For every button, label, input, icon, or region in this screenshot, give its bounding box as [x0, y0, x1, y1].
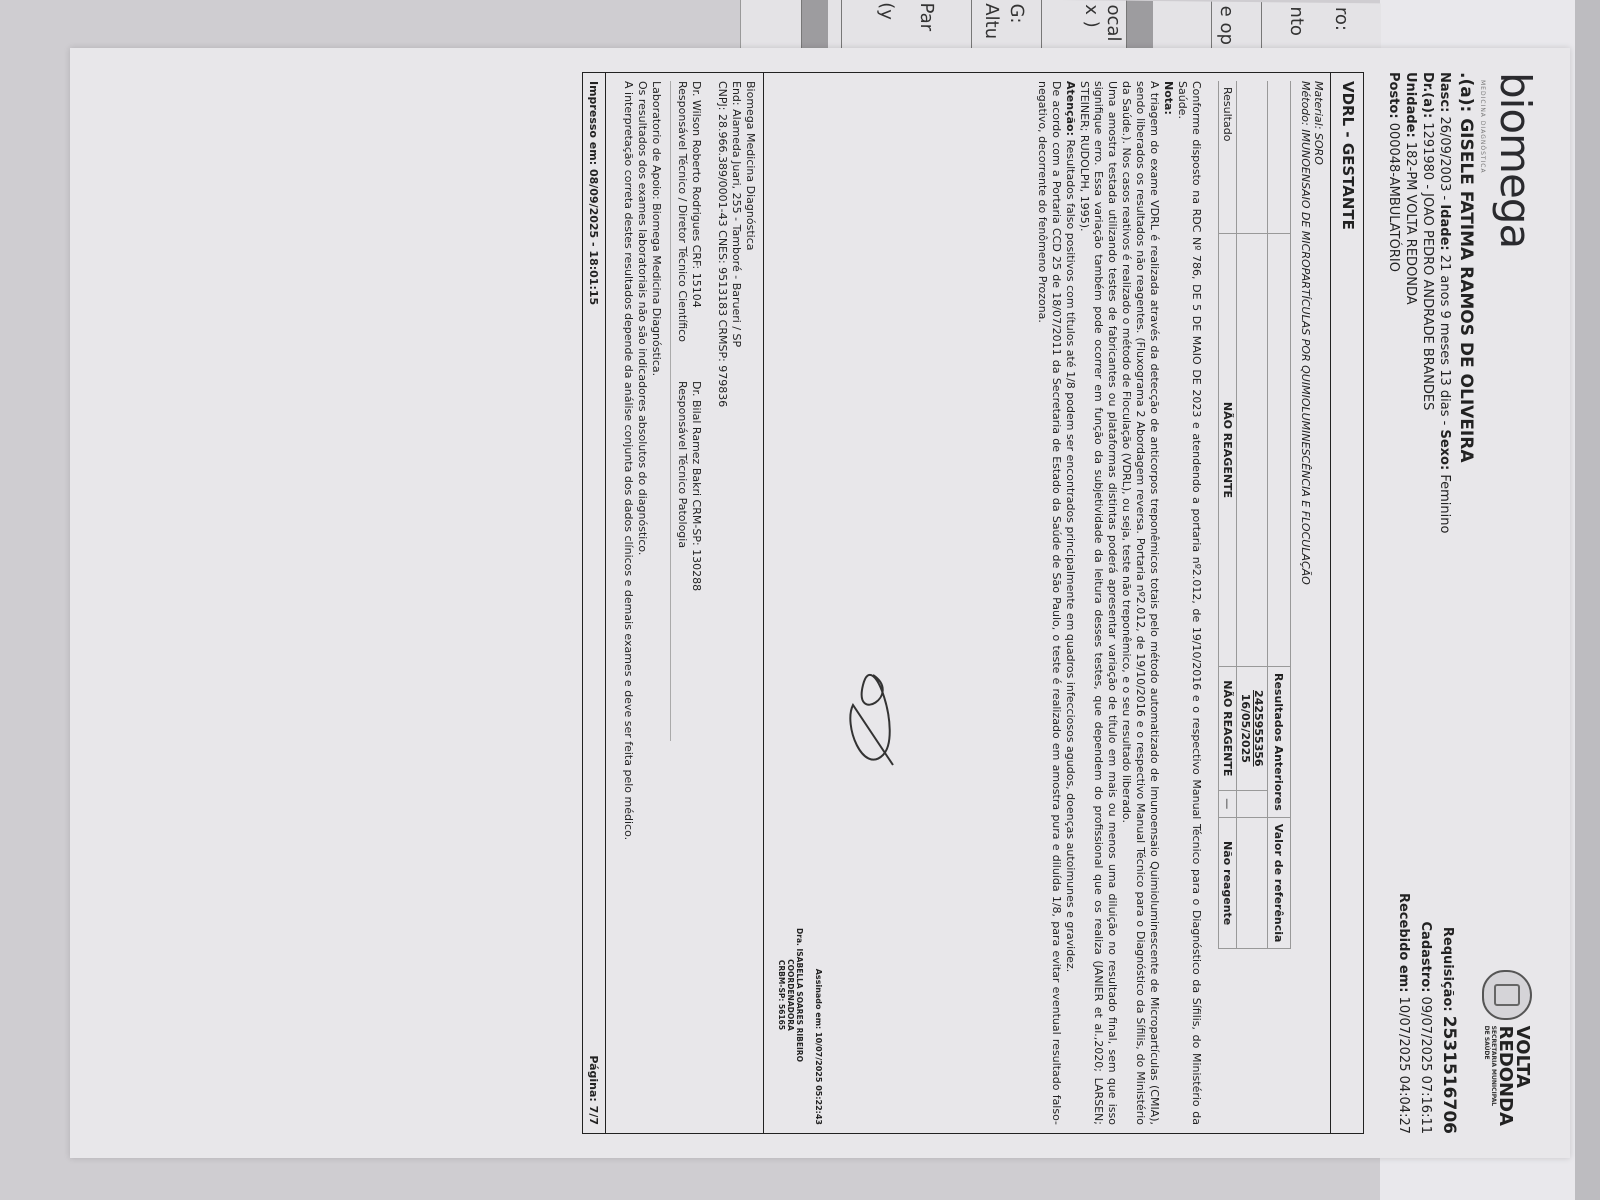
signer-info: Dra. ISABELLA SOARES RIBEIRO COORDENADOR…: [777, 865, 804, 1125]
registered-date: Cadastro: 09/07/2025 07:16:11: [1414, 893, 1436, 1134]
table-row: Resultado NÃO REAGENTE NÃO REAGENTE — Nã…: [1219, 81, 1237, 949]
reference-value: Não reagente: [1219, 817, 1237, 949]
reference-header: Valor de referência: [1268, 817, 1291, 949]
request-info: Requisição: 2531516706 Cadastro: 09/07/2…: [1392, 893, 1460, 1134]
divider: [605, 73, 606, 1133]
patient-post: Posto: 000048-AMBULATÓRIO: [1385, 72, 1402, 533]
document-photo: biomega MEDICINA DIAGNÓSTICA VOLTA REDON…: [40, 40, 1560, 1190]
printed-at: Impresso em: 08/09/2025 - 18:01:15: [587, 81, 600, 305]
handwritten-signature-icon: [833, 665, 913, 785]
page-number: Página: 7/7: [587, 1055, 600, 1125]
background-page-edge: [1575, 0, 1600, 1200]
divider: [670, 81, 671, 741]
previous-results-header: Resultados Anteriores: [1268, 667, 1291, 818]
exam-report: VDRL - GESTANTE Material: SORO Método: I…: [763, 72, 1364, 1134]
exam-title: VDRL - GESTANTE: [1339, 81, 1357, 230]
result-value: NÃO REAGENTE: [1219, 234, 1237, 667]
received-date: Recebido em: 10/07/2025 04:04:27: [1392, 893, 1414, 1134]
patient-birth-age-sex: Nasc: 26/09/2003 - Idade: 21 anos 9 mese…: [1436, 72, 1453, 533]
signed-at: Assinado em: 10/07/2025 05:22:43: [814, 865, 823, 1125]
previous-result-id: 2425955356 16/05/2025: [1237, 667, 1268, 791]
lab-report-page: biomega MEDICINA DIAGNÓSTICA VOLTA REDON…: [70, 48, 1570, 1158]
previous-result-dash: —: [1219, 790, 1237, 817]
previous-result-value: NÃO REAGENTE: [1219, 667, 1237, 791]
biomega-logo-subtitle: MEDICINA DIAGNÓSTICA: [1479, 80, 1486, 174]
city-crest-icon: [1482, 970, 1532, 1020]
patient-info: .(a): GISELE FATIMA RAMOS DE OLIVEIRA Na…: [1385, 72, 1474, 533]
volta-redonda-logo: VOLTA REDONDA SECRETARIA MUNICIPAL DE SA…: [1482, 970, 1532, 1126]
results-table: Resultados Anteriores Valor de referênci…: [1218, 81, 1291, 949]
exam-material-method: Material: SORO Método: IMUNOENSAIO DE MI…: [1299, 81, 1325, 601]
exam-notes: Conforme disposto na RDC Nº 786, DE 5 DE…: [1035, 81, 1203, 1125]
report-footer: Biomega Medicina Diagnóstica End: Alamed…: [582, 72, 764, 1134]
responsible-technicians: Dr. Wilson Roberto Rodrigues CRF: 15104D…: [675, 81, 703, 781]
request-number: Requisição: 2531516706: [1436, 893, 1460, 1134]
patient-doctor: Dr.(a): 1291980 - JOAO PEDRO ANDRADE BRA…: [1419, 72, 1436, 533]
patient-unit: Unidade: 182-PM VOLTA REDONDA: [1402, 72, 1419, 533]
lab-info: Biomega Medicina Diagnóstica End: Alamed…: [715, 81, 757, 407]
divider: [1330, 73, 1331, 1133]
footer-disclaimers: Laboratorio de Apoio: Biomega Medicina D…: [621, 81, 663, 1125]
result-label: Resultado: [1219, 81, 1237, 234]
print-info: Impresso em: 08/09/2025 - 18:01:15 Págin…: [587, 81, 600, 1125]
signature-block: Assinado em: 10/07/2025 05:22:43 Dra. IS…: [777, 865, 823, 1125]
patient-name: .(a): GISELE FATIMA RAMOS DE OLIVEIRA: [1457, 72, 1474, 533]
biomega-logo: biomega: [1491, 72, 1540, 248]
